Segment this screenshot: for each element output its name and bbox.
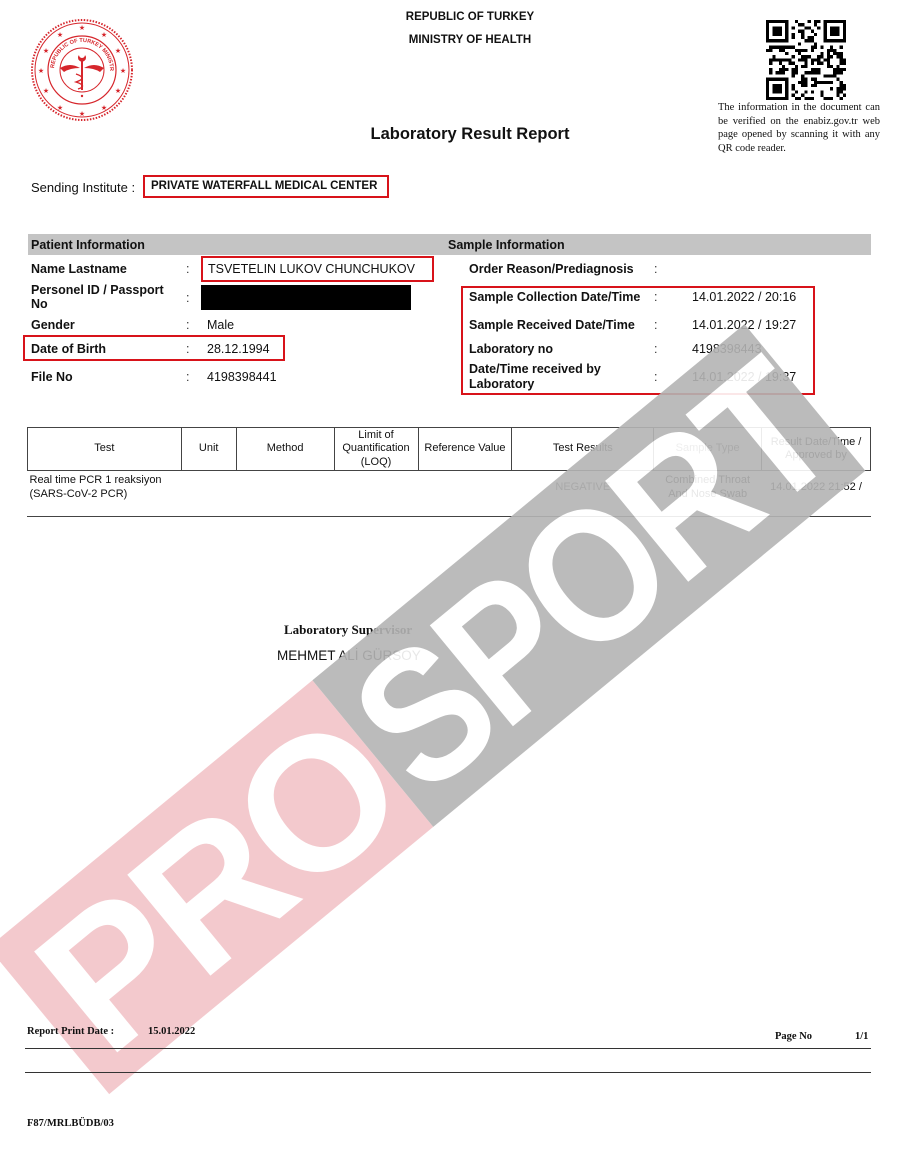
cell-sample-type: Combined Throat And Nose Swab [654,471,762,503]
colon: : [186,318,189,332]
ministry-seal-logo: ★ ★ ★ ★ ★ ★ ★ ★ ★ ★ ★ ★ REPUBLIC OF TURK… [30,18,134,122]
form-code: F87/MRLBÜDB/03 [27,1118,114,1129]
colon: : [186,370,189,384]
patient-info-title: Patient Information [31,238,145,252]
colon: : [186,291,189,305]
header-country: REPUBLIC OF TURKEY [370,11,570,23]
footer-rule-top [25,1048,871,1049]
header-ministry: MINISTRY OF HEALTH [370,34,570,46]
colon: : [654,290,657,304]
cell-loq [334,471,418,503]
col-test: Test [28,428,182,471]
col-unit: Unit [181,428,236,471]
col-loq: Limit of Quantification (LOQ) [334,428,418,471]
cell-result-datetime: 14.01.2022 21:52 / [762,471,871,503]
page-title: Laboratory Result Report [320,125,620,144]
svg-text:★: ★ [115,87,121,95]
colon: : [654,262,657,276]
svg-text:★: ★ [79,110,85,118]
colon: : [654,342,657,356]
received-date-label: Sample Received Date/Time [469,318,635,332]
svg-text:★: ★ [120,67,126,75]
gender-label: Gender [31,318,75,332]
page-number-label: Page No [775,1031,812,1042]
col-reference: Reference Value [418,428,512,471]
col-method: Method [236,428,334,471]
svg-text:★: ★ [57,31,63,39]
lab-received-date-label: Date/Time received by Laboratory [469,362,629,391]
col-result-datetime: Result Date/Time / Approved by [762,428,871,471]
colon: : [186,262,189,276]
svg-text:★: ★ [38,67,44,75]
svg-text:SPORT: SPORT [315,320,871,831]
laboratory-no-label: Laboratory no [469,342,553,356]
print-date-label: Report Print Date : [27,1026,114,1037]
name-label: Name Lastname [31,262,127,276]
cell-reference [418,471,512,503]
file-no-value: 4198398441 [207,370,277,384]
cell-test-result: NEGATIVE [512,471,654,503]
qr-verification-note: The information in the document can be v… [718,101,880,155]
svg-text:★: ★ [101,31,107,39]
table-bottom-rule [27,516,871,517]
name-highlight-box [201,256,434,282]
collection-date-label: Sample Collection Date/Time [469,290,640,304]
sending-institute-value: PRIVATE WATERFALL MEDICAL CENTER [143,175,389,198]
collection-date-value: 14.01.2022 / 20:16 [692,290,796,304]
passport-label: Personel ID / Passport No [31,283,181,311]
colon: : [654,370,657,384]
svg-text:★: ★ [115,47,121,55]
order-reason-label: Order Reason/Prediagnosis [469,262,634,276]
table-row: Real time PCR 1 reaksiyon (SARS-CoV-2 PC… [28,471,871,503]
prosport-watermark: PROSPORT [0,0,900,1165]
cell-unit [181,471,236,503]
results-table: Test Unit Method Limit of Quantification… [27,427,871,502]
gender-value: Male [207,318,234,332]
svg-text:★: ★ [79,24,85,32]
supervisor-title: Laboratory Supervisor [284,622,412,638]
svg-text:★: ★ [101,104,107,112]
qr-code-icon[interactable] [766,20,846,100]
sending-institute-label: Sending Institute : [31,180,135,195]
print-date-value: 15.01.2022 [148,1026,195,1037]
page-number-value: 1/1 [855,1031,868,1042]
cell-method [236,471,334,503]
svg-text:★: ★ [43,47,49,55]
sample-info-title: Sample Information [448,238,565,252]
footer-rule-bottom [25,1072,871,1073]
lab-received-date-value: 14.01.2022 / 19:37 [692,370,796,384]
redacted-passport-value [201,285,411,310]
cell-test: Real time PCR 1 reaksiyon (SARS-CoV-2 PC… [28,471,182,503]
svg-text:★: ★ [43,87,49,95]
table-header-row: Test Unit Method Limit of Quantification… [28,428,871,471]
col-test-results: Test Results [512,428,654,471]
dob-highlight-box [23,335,285,361]
col-sample-type: Sample Type [654,428,762,471]
svg-text:★: ★ [57,104,63,112]
file-no-label: File No [31,370,73,384]
supervisor-name: MEHMET ALİ GÜRSOY [277,648,421,663]
ministry-of-health-seal-icon: ★ ★ ★ ★ ★ ★ ★ ★ ★ ★ ★ ★ REPUBLIC OF TURK… [30,18,134,122]
colon: : [654,318,657,332]
received-date-value: 14.01.2022 / 19:27 [692,318,796,332]
laboratory-no-value: 4198398443 [692,342,762,356]
